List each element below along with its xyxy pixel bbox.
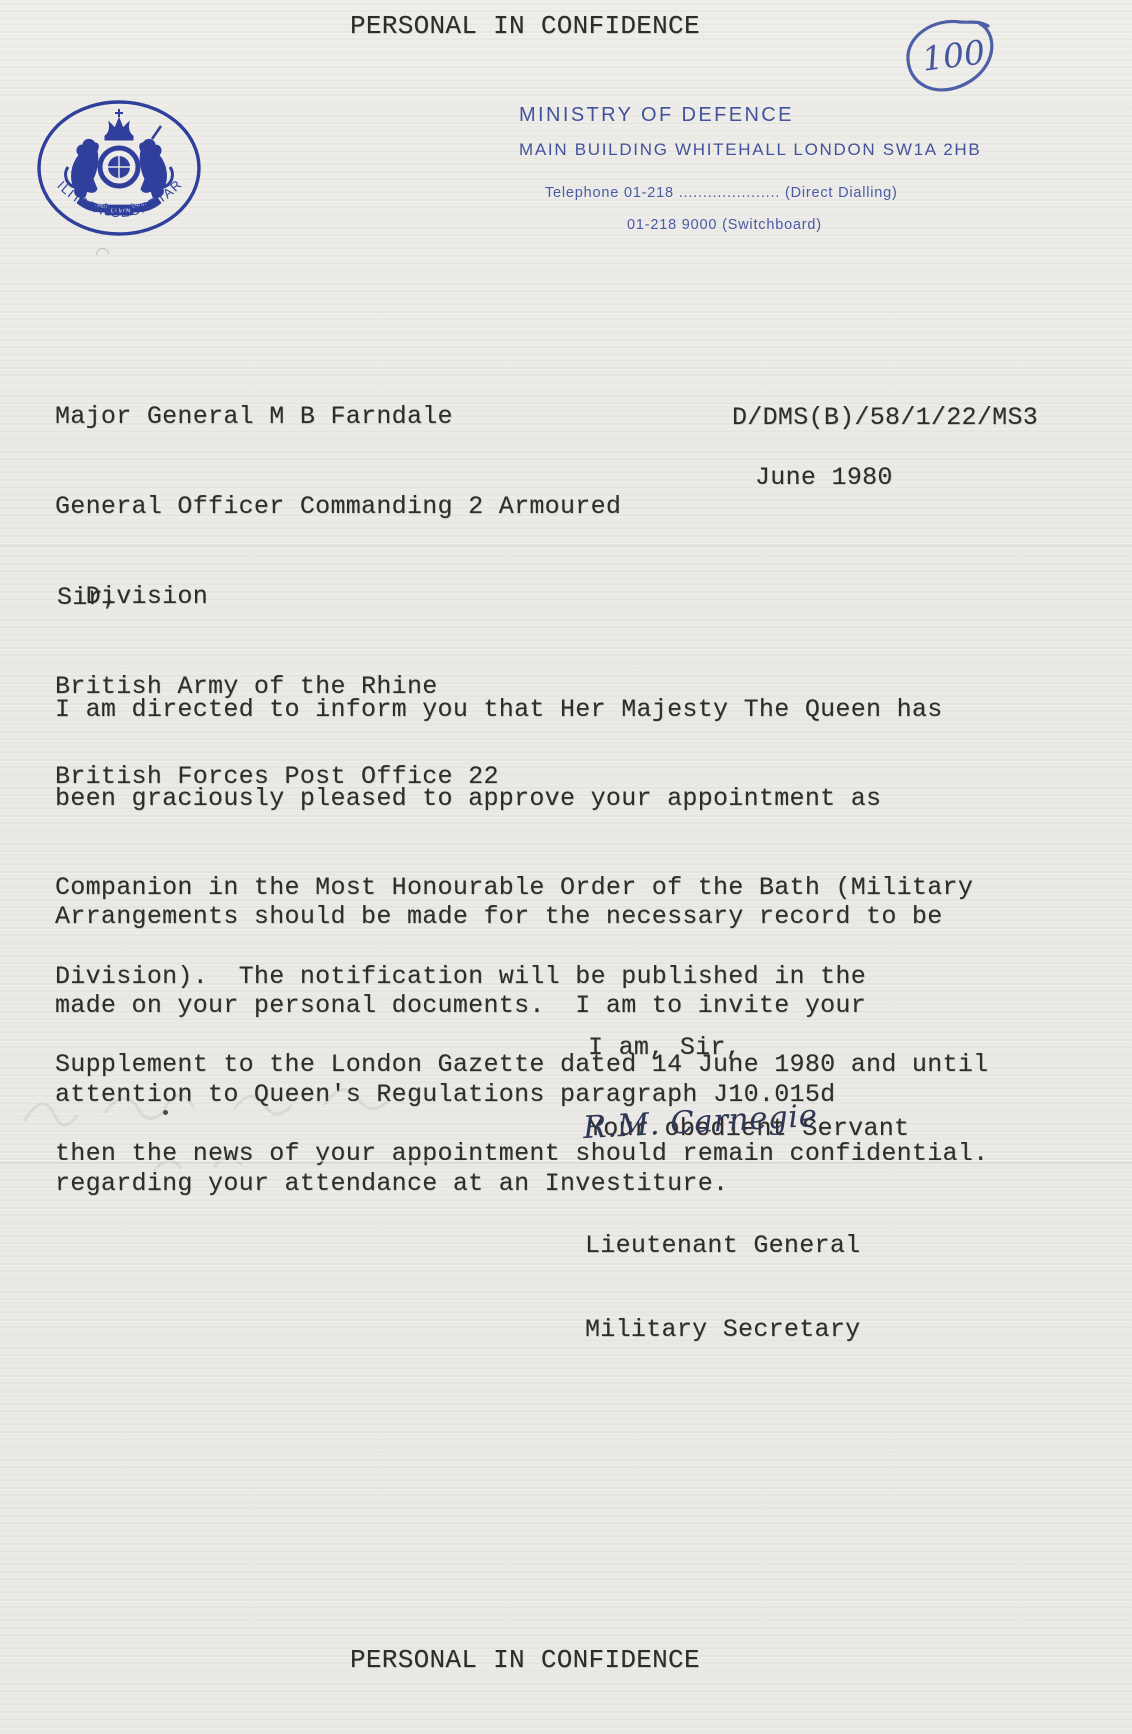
military-secretary-crest: DIEU ET MON DROIT MILITARY SECRETARY [33,97,205,248]
reference-number: D/DMS(B)/58/1/22/MS3 [732,403,1038,433]
closing-line: I am, Sir, [588,1034,909,1061]
telephone-line: Telephone 01-218 ..................... (… [545,185,898,201]
scan-smudge [93,245,111,263]
body-line: I am directed to inform you that Her Maj… [55,695,988,725]
ministry-name: MINISTRY OF DEFENCE [519,104,794,127]
header-classification: PERSONAL IN CONFIDENCE [350,12,700,42]
royal-arms-icon: DIEU ET MON DROIT MILITARY SECRETARY [33,97,205,243]
signer-title: Military Secretary [585,1316,860,1344]
page-number-value: 100 [920,32,987,78]
crest-label: MILITARY SECRETARY [33,97,185,220]
page-number-annotation: 100 [898,14,1002,110]
closing: I am, Sir, Your obedient Servant [588,980,909,1196]
recipient-line: Division [55,582,621,612]
body-line: been graciously pleased to approve your … [55,784,988,814]
switchboard-line: 01-218 9000 (Switchboard) [627,217,822,233]
recipient-line: General Officer Commanding 2 Armoured [55,492,621,522]
salutation: Sir, [57,583,118,613]
footer-classification: PERSONAL IN CONFIDENCE [350,1646,700,1676]
svg-text:MILITARY SECRETARY: MILITARY SECRETARY [33,97,185,220]
body-line: Arrangements should be made for the nece… [55,902,943,932]
signer-rank: Lieutenant General [585,1232,860,1260]
letter-date: June 1980 [755,463,893,493]
recipient-line: Major General M B Farndale [55,402,621,432]
letter-page: PERSONAL IN CONFIDENCE 100 [0,0,1132,1734]
signature-block: Lieutenant General Military Secretary [585,1176,860,1400]
ministry-address: MAIN BUILDING WHITEHALL LONDON SW1A 2HB [519,140,981,160]
ink-dot [163,1110,168,1115]
